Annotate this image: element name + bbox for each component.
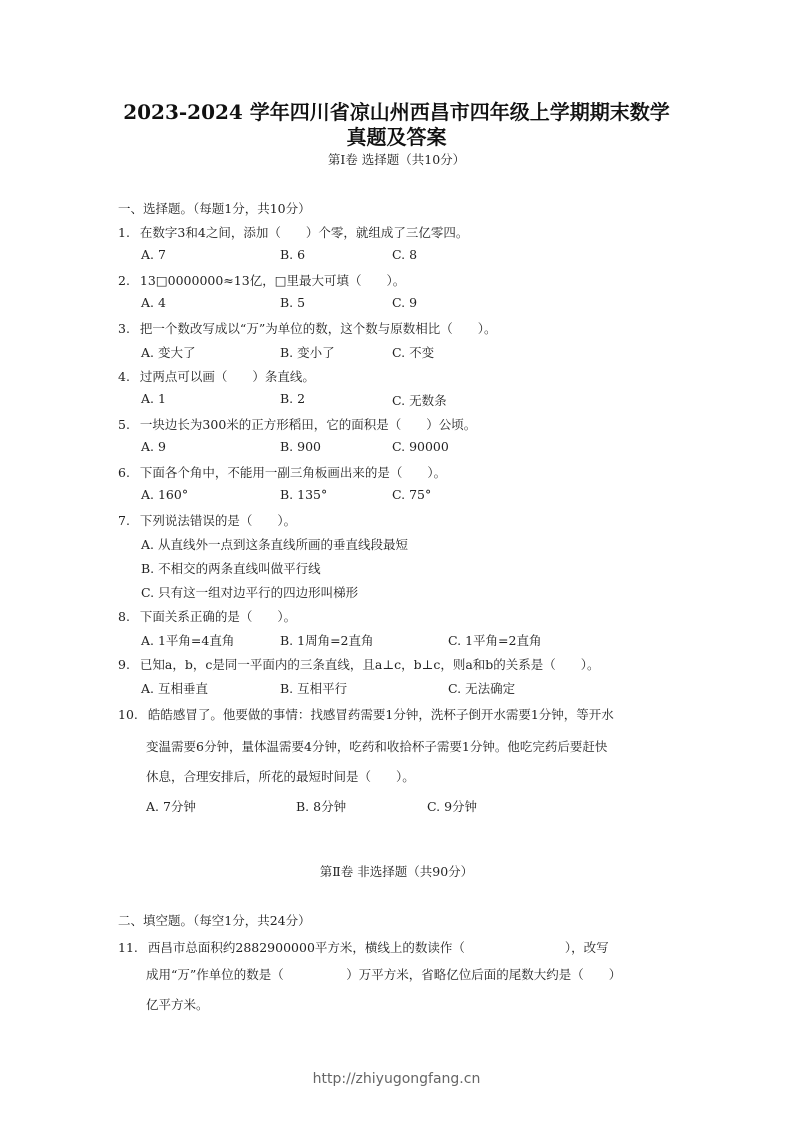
question-text: 下面关系正确的是（ ）。 <box>140 609 296 624</box>
option-c: C. 无法确定 <box>448 679 515 697</box>
question-number: 3. <box>118 321 130 336</box>
option-b: B. 2 <box>280 391 305 406</box>
question-text-line1: 西昌市总面积约2882900000平方米，横线上的数读作（ ），改写 <box>148 940 609 955</box>
question-text: 已知a，b，c是同一平面内的三条直线，且a⊥c，b⊥c，则a和b的关系是（ ）。 <box>140 657 600 672</box>
part1-heading: 第Ⅰ卷 选择题（共10分） <box>0 150 793 168</box>
question-number: 9. <box>118 657 130 672</box>
question-number: 1. <box>118 225 130 240</box>
option-c: C. 75° <box>392 487 431 502</box>
question-5: 5. 一块边长为300米的正方形稻田，它的面积是（ ）公顷。 <box>118 415 476 433</box>
question-number: 8. <box>118 609 130 624</box>
option-c: C. 90000 <box>392 439 449 454</box>
question-text-line3: 休息，合理安排后，所花的最短时间是（ ）。 <box>146 767 415 785</box>
question-text: 一块边长为300米的正方形稻田，它的面积是（ ）公顷。 <box>140 417 476 432</box>
question-text-line3: 亿平方米。 <box>146 995 209 1013</box>
option-b: B. 5 <box>280 295 305 310</box>
question-number: 10. <box>118 707 138 722</box>
question-text: 过两点可以画（ ）条直线。 <box>140 369 315 384</box>
option-b: B. 互相平行 <box>280 679 347 697</box>
question-text: 下列说法错误的是（ ）。 <box>140 513 296 528</box>
option-c: C. 8 <box>392 247 417 262</box>
footer-url[interactable]: http://zhiyugongfang.cn <box>0 1071 793 1087</box>
option-c: C. 9分钟 <box>427 797 477 815</box>
option-b: B. 变小了 <box>280 343 335 361</box>
question-2: 2. 13□0000000≈13亿，□里最大可填（ ）。 <box>118 271 405 289</box>
question-1: 1. 在数字3和4之间，添加（ ）个零，就组成了三亿零四。 <box>118 223 468 241</box>
option-a: A. 1 <box>141 391 166 406</box>
option-a: A. 变大了 <box>141 343 195 361</box>
option-b: B. 1周角=2直角 <box>280 631 374 649</box>
option-c: C. 9 <box>392 295 417 310</box>
option-a: A. 4 <box>141 295 166 310</box>
question-number: 7. <box>118 513 130 528</box>
option-a: A. 7分钟 <box>146 797 196 815</box>
question-7: 7. 下列说法错误的是（ ）。 <box>118 511 296 529</box>
option-b: B. 不相交的两条直线叫做平行线 <box>141 559 321 577</box>
option-a: A. 160° <box>141 487 188 502</box>
option-a: A. 从直线外一点到这条直线所画的垂直线段最短 <box>141 535 408 553</box>
option-b: B. 135° <box>280 487 327 502</box>
option-c: C. 1平角=2直角 <box>448 631 541 649</box>
question-3: 3. 把一个数改写成以“万”为单位的数，这个数与原数相比（ ）。 <box>118 319 496 337</box>
option-c: C. 不变 <box>392 343 434 361</box>
option-a: A. 互相垂直 <box>141 679 208 697</box>
question-number: 11. <box>118 940 138 955</box>
option-b: B. 6 <box>280 247 305 262</box>
option-a: A. 7 <box>141 247 166 262</box>
question-9: 9. 已知a，b，c是同一平面内的三条直线，且a⊥c，b⊥c，则a和b的关系是（… <box>118 655 600 673</box>
section2-heading: 二、填空题。（每空1分，共24分） <box>118 911 311 929</box>
option-b: B. 900 <box>280 439 321 454</box>
question-number: 4. <box>118 369 130 384</box>
question-6: 6. 下面各个角中，不能用一副三角板画出来的是（ ）。 <box>118 463 446 481</box>
question-text: 13□0000000≈13亿，□里最大可填（ ）。 <box>140 273 405 288</box>
option-c: C. 无数条 <box>392 391 447 409</box>
question-8: 8. 下面关系正确的是（ ）。 <box>118 607 296 625</box>
question-11: 11. 西昌市总面积约2882900000平方米，横线上的数读作（ ），改写 <box>118 938 609 956</box>
question-number: 5. <box>118 417 130 432</box>
question-text: 下面各个角中，不能用一副三角板画出来的是（ ）。 <box>140 465 446 480</box>
question-10: 10. 皓皓感冒了。他要做的事情：找感冒药需要1分钟，洗杯子倒开水需要1分钟，等… <box>118 705 614 723</box>
part2-heading: 第Ⅱ卷 非选择题（共90分） <box>0 862 793 880</box>
question-text-line2: 成用“万”作单位的数是（ ）万平方米，省略亿位后面的尾数大约是（ ） <box>146 965 621 983</box>
option-a: A. 1平角=4直角 <box>141 631 234 649</box>
question-number: 6. <box>118 465 130 480</box>
question-text-line2: 变温需要6分钟，量体温需要4分钟，吃药和收拾杯子需要1分钟。他吃完药后要赶快 <box>146 737 607 755</box>
section1-heading: 一、选择题。（每题1分，共10分） <box>118 199 311 217</box>
question-text-line1: 皓皓感冒了。他要做的事情：找感冒药需要1分钟，洗杯子倒开水需要1分钟，等开水 <box>148 707 614 722</box>
question-text: 把一个数改写成以“万”为单位的数，这个数与原数相比（ ）。 <box>140 321 497 336</box>
question-number: 2. <box>118 273 130 288</box>
document-page: 2023-2024 学年四川省凉山州西昌市四年级上学期期末数学 真题及答案 第Ⅰ… <box>0 0 793 1122</box>
document-title-line2: 真题及答案 <box>0 121 793 150</box>
option-b: B. 8分钟 <box>296 797 346 815</box>
question-text: 在数字3和4之间，添加（ ）个零，就组成了三亿零四。 <box>140 225 468 240</box>
option-c: C. 只有这一组对边平行的四边形叫梯形 <box>141 583 358 601</box>
option-a: A. 9 <box>141 439 166 454</box>
question-4: 4. 过两点可以画（ ）条直线。 <box>118 367 315 385</box>
